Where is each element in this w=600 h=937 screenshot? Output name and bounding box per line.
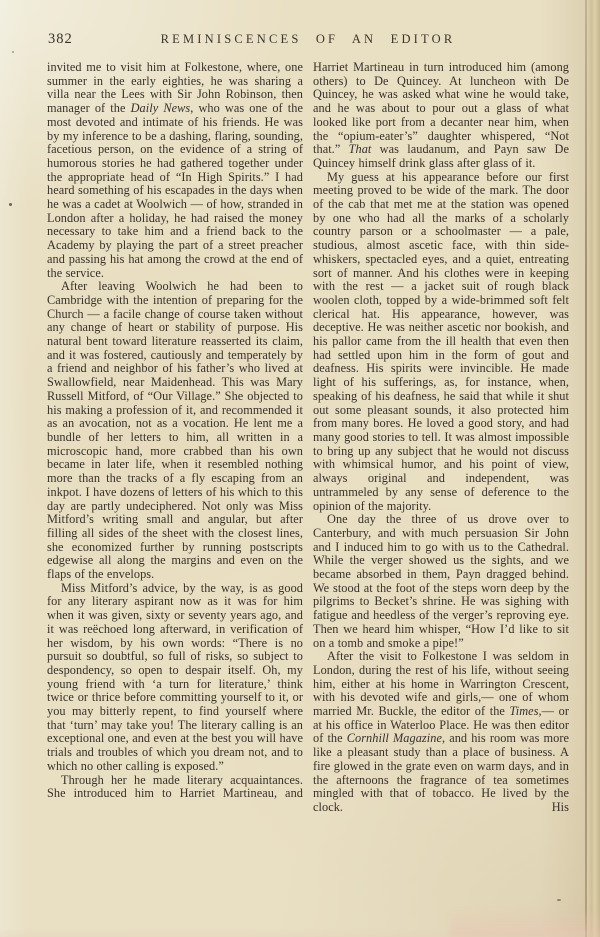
paragraph: Through her he made literary acquaintanc… [47, 774, 303, 801]
book-page: 382 REMINISCENCES OF AN EDITOR invited m… [0, 0, 600, 937]
page-header: 382 REMINISCENCES OF AN EDITOR [47, 30, 569, 50]
body-text: Miss Mitford’s advice, by the way, is as… [47, 581, 303, 773]
italic-text: Daily News [131, 101, 191, 115]
italic-text: Cornhill Magazine [347, 731, 442, 745]
paragraph: After leaving Woolwich he had been to Ca… [47, 280, 303, 581]
paragraph: Harriet Martineau in turn introduced him… [313, 61, 569, 171]
running-header: REMINISCENCES OF AN EDITOR [47, 32, 569, 47]
column-left: invited me to visit him at Folkestone, w… [47, 61, 303, 937]
body-text: One day the three of us drove over to Ca… [313, 512, 569, 649]
paragraph: Miss Mitford’s advice, by the way, is as… [47, 582, 303, 774]
ink-speck [12, 51, 14, 53]
bottom-edge-shadow [450, 907, 600, 937]
body-text: After leaving Woolwich he had been to Ca… [47, 279, 303, 581]
text-columns: invited me to visit him at Folkestone, w… [47, 61, 569, 937]
ink-speck [9, 203, 12, 206]
italic-text: Times [510, 704, 539, 718]
ink-speck [557, 899, 561, 901]
body-text: Through her he made literary acquaintanc… [47, 773, 303, 801]
paragraph: invited me to visit him at Folkestone, w… [47, 61, 303, 280]
page-edge-strip [587, 0, 600, 937]
paragraph: After the visit to Folkestone I was seld… [313, 650, 569, 814]
body-text: My guess at his appearance before our fi… [313, 170, 569, 513]
column-right: Harriet Martineau in turn introduced him… [313, 61, 569, 937]
body-text: , who was one of the most devoted and in… [47, 101, 303, 279]
paragraph: My guess at his appearance before our fi… [313, 171, 569, 514]
italic-text: That [349, 142, 372, 156]
paragraph: One day the three of us drove over to Ca… [313, 513, 569, 650]
